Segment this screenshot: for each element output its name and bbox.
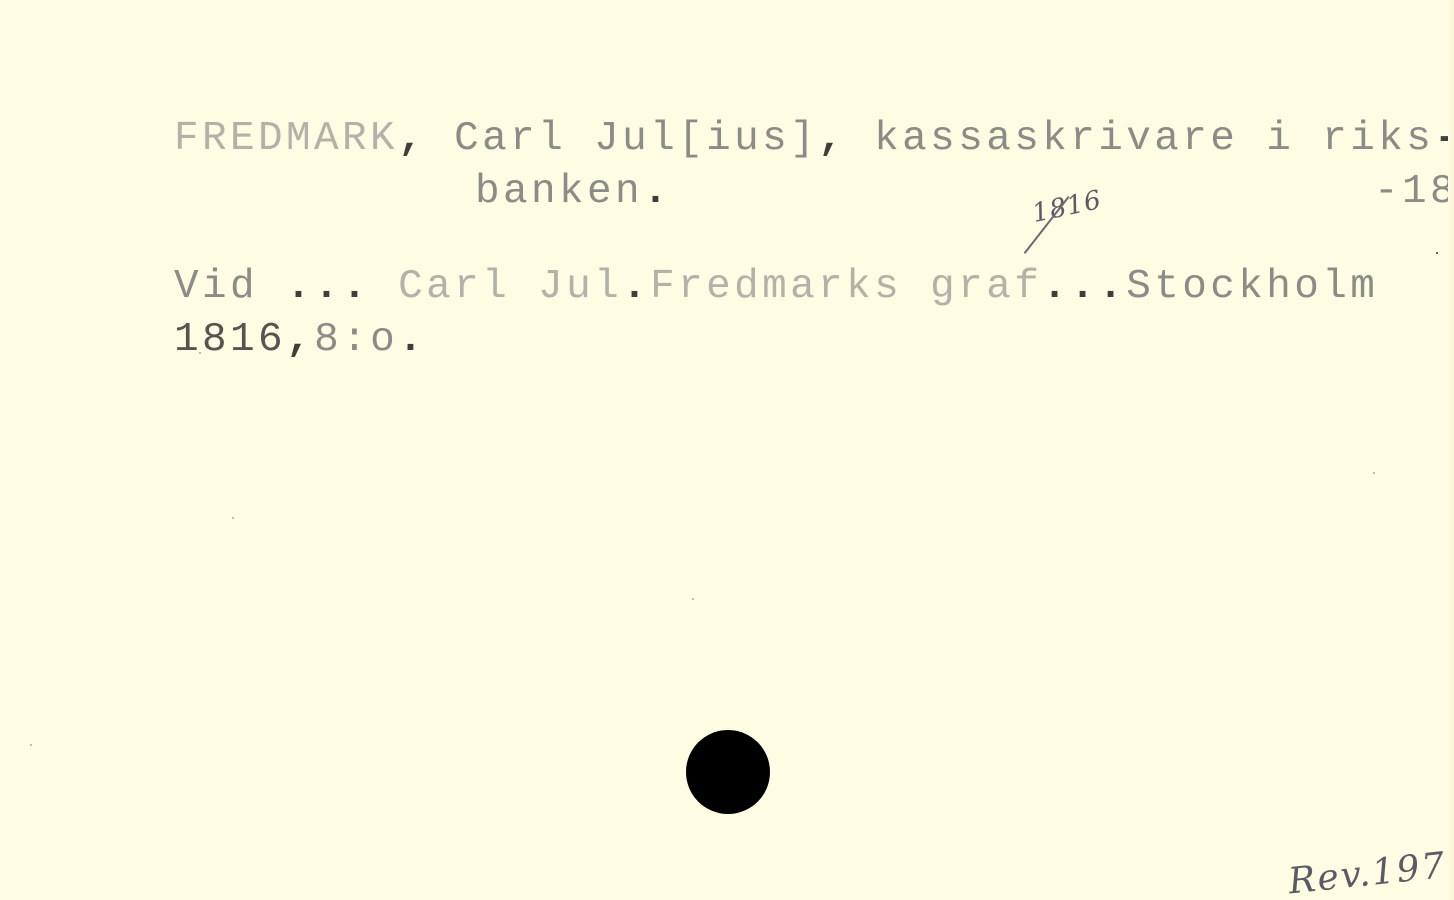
catalog-card: FREDMARK, Carl Jul[ius], kassaskrivare i… <box>0 0 1454 900</box>
year: 1816 <box>174 317 286 363</box>
comma: , <box>818 116 846 162</box>
punch-hole <box>686 730 770 814</box>
body-line-2: 1816,8:o. <box>62 279 426 402</box>
paper-speck <box>232 517 234 519</box>
title-text: Fredmarks graf <box>650 264 1042 310</box>
dot: . <box>622 264 650 310</box>
comma: , <box>286 317 314 363</box>
format: 8:o <box>314 317 398 363</box>
occupation-continuation: banken <box>475 169 643 215</box>
paper-speck <box>199 352 201 354</box>
place: Stockholm <box>1126 264 1378 310</box>
period: . <box>643 169 671 215</box>
paper-speck <box>1373 472 1375 474</box>
paper-speck <box>1436 252 1438 254</box>
paper-speck <box>692 598 694 600</box>
period: . <box>398 317 426 363</box>
revision-note: Rev.1970 <box>1286 843 1454 900</box>
dots: ... <box>1042 264 1126 310</box>
death-year-text: -1816 <box>1374 169 1454 215</box>
heading-line-1: FREDMARK, Carl Jul[ius], kassaskrivare i… <box>62 78 1454 201</box>
paper-speck <box>30 744 32 746</box>
